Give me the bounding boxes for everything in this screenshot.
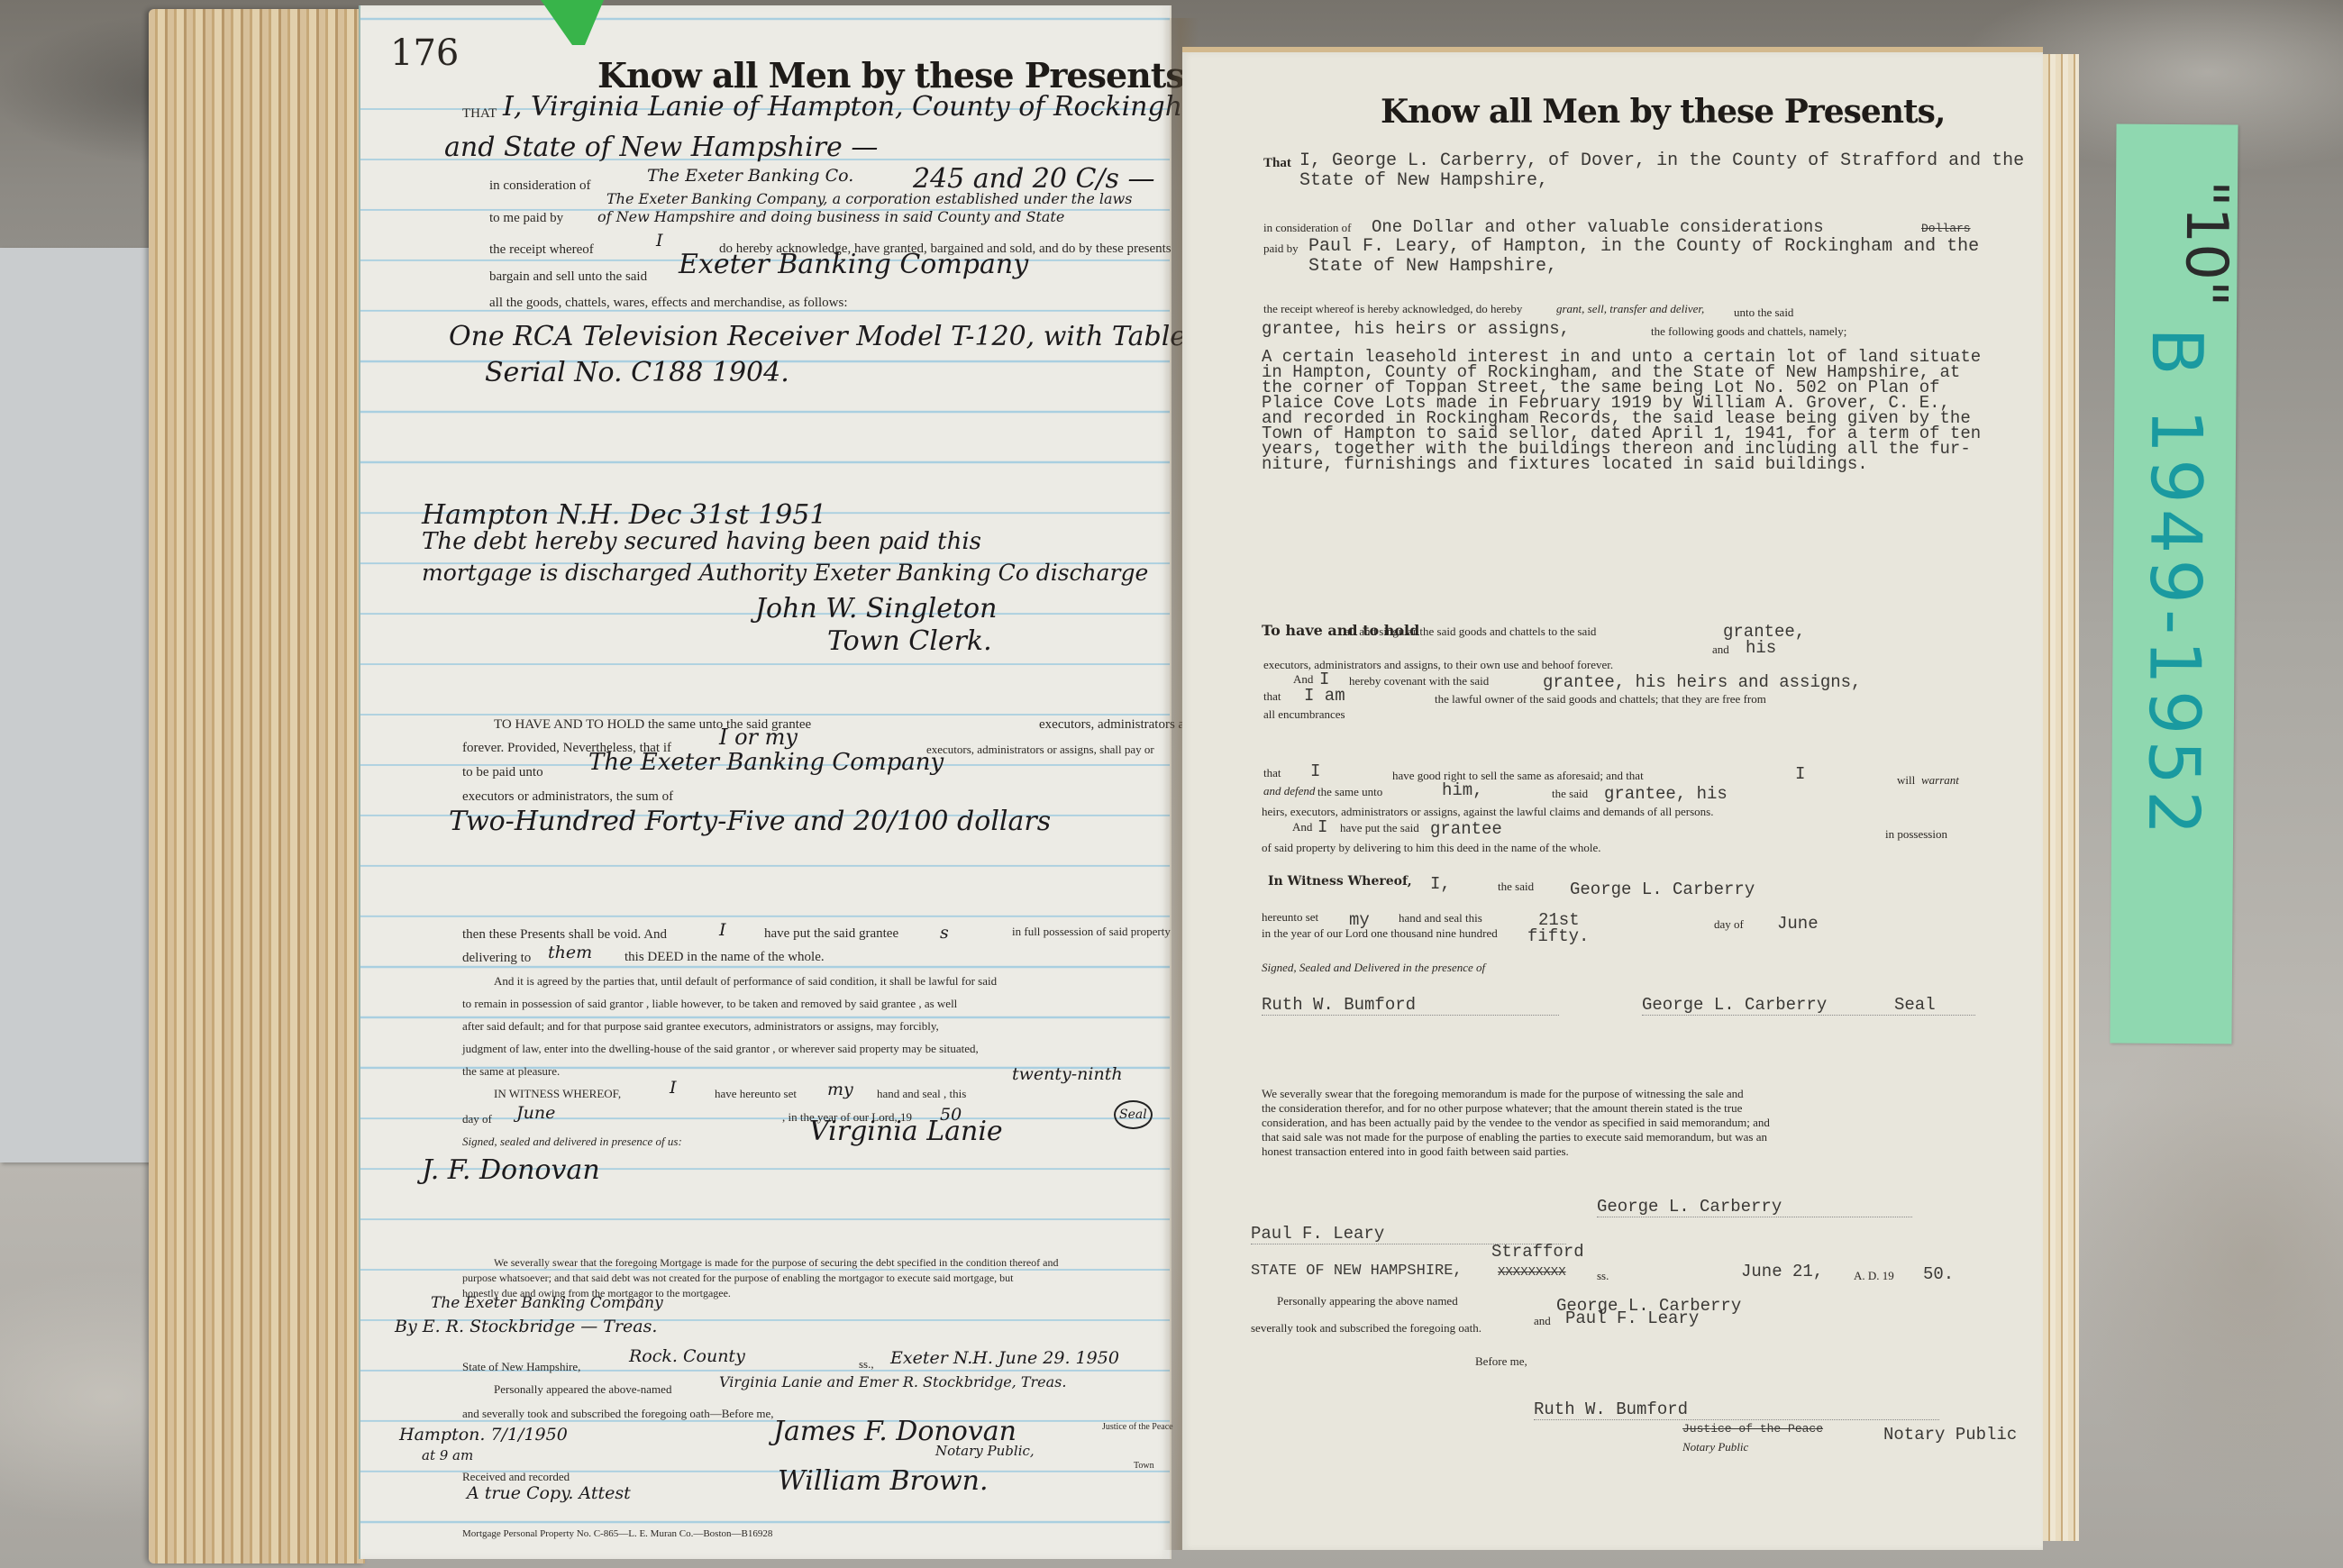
label-town: Town: [1134, 1461, 1154, 1471]
label-defend-text: the same unto: [1317, 785, 1382, 799]
label-that: THAT: [462, 106, 497, 122]
label-covenant: hereby covenant with the said: [1349, 674, 1489, 688]
label-lawful-owner: the lawful owner of the said goods and c…: [1435, 692, 1766, 707]
hw-seal: Seal: [1114, 1100, 1153, 1129]
typed-witness-signature: Ruth W. Bumford: [1262, 995, 1559, 1016]
typed-description: A certain leasehold interest in and unto…: [1262, 350, 1981, 472]
label-personally: Personally appearing the above named: [1277, 1294, 1458, 1308]
hw-paid-by-2: of New Hampshire and doing business in s…: [597, 208, 1064, 225]
label-receipt-end: unto the said: [1734, 305, 1793, 320]
hw-paid-by-1: The Exeter Banking Company, a corporatio…: [606, 190, 1132, 207]
label-ss: ss.,: [859, 1357, 874, 1372]
label-ss: ss.: [1597, 1269, 1609, 1283]
hw-notary: Notary Public,: [935, 1443, 1035, 1459]
label-after-default: after said default; and for that purpose…: [462, 1019, 939, 1034]
label-that: That: [1263, 156, 1291, 171]
hw-recorded-place: Hampton. 7/1/1950: [399, 1425, 568, 1445]
label-the-said: the said: [1552, 787, 1588, 801]
label-delivering: of said property by delivering to him th…: [1262, 841, 1601, 855]
label-the-said-2: the said: [1498, 880, 1534, 894]
typed-consideration: One Dollar and other valuable considerat…: [1372, 217, 1824, 237]
label-hereunto: hereunto set: [1262, 910, 1318, 925]
label-witness: IN WITNESS WHEREOF,: [494, 1087, 621, 1101]
hw-grantor-2: and State of New Hampshire —: [444, 132, 878, 163]
label-delivering-end: this DEED in the name of the whole.: [624, 950, 825, 965]
label-notary-title: Notary Public: [1682, 1440, 1748, 1454]
hw-company-short: The Exeter Banking Co.: [647, 166, 853, 186]
label-ad: A. D. 19: [1854, 1269, 1894, 1283]
label-agreed: And it is agreed by the parties that, un…: [494, 974, 997, 989]
hw-recorded-time: at 9 am: [422, 1447, 473, 1463]
label-void-mid: have put the said grantee: [764, 926, 898, 942]
label-signed: Signed, Sealed and Delivered in the pres…: [1262, 961, 1485, 975]
label-in-possession: in possession: [1885, 827, 1947, 842]
page-edge-stack: [149, 9, 365, 1563]
page-number: 176: [390, 32, 459, 74]
label-good-right: have good right to sell the same as afor…: [1392, 769, 1644, 783]
hw-witness-i: I: [670, 1078, 677, 1098]
label-receipt: the receipt whereof: [489, 242, 594, 258]
hw-discharge-1: Hampton N.H. Dec 31st 1951: [422, 499, 826, 531]
label-witness-mid: have hereunto set: [715, 1087, 797, 1101]
label-put-and: And: [1292, 820, 1312, 834]
label-witness-heading: In Witness Whereof,: [1268, 874, 1412, 889]
hw-if-clause: I or my: [719, 725, 798, 750]
typed-grantee-line: grantee, his heirs or assigns,: [1262, 319, 1570, 339]
page-heading: Know all Men by these Presents,: [1381, 93, 1945, 131]
hw-discharge-2: The debt hereby secured having been paid…: [422, 528, 981, 555]
label-encumbrances: all encumbrances: [1263, 707, 1345, 722]
hw-clerk-signature: William Brown.: [778, 1465, 989, 1497]
label-that: that: [1263, 689, 1281, 704]
label-heirs: heirs, executors, administrators or assi…: [1262, 805, 1713, 819]
typed-that-i-2: I: [1795, 764, 1805, 784]
typed-paid-by: Paul F. Leary, of Hampton, in the County…: [1308, 237, 1979, 277]
label-to-have: all and singular the said goods and chat…: [1345, 624, 1596, 639]
hw-paid-unto: The Exeter Banking Company: [588, 749, 944, 776]
label-forever-end: executors, administrators or assigns, sh…: [926, 743, 1154, 757]
hw-witness-signature: J. F. Donovan: [422, 1154, 600, 1186]
hw-place-date: Exeter N.H. June 29. 1950: [890, 1348, 1119, 1368]
typed-put-i: I: [1317, 817, 1327, 837]
hw-company-sig-2: By E. R. Stockbridge — Treas.: [395, 1317, 657, 1336]
hw-discharge-title: Town Clerk.: [827, 625, 992, 657]
label-day-of: day of: [1714, 917, 1744, 932]
label-swear-1: We severally swear that the foregoing Mo…: [494, 1256, 1059, 1270]
margin-line: [359, 5, 360, 1559]
label-state-nh: State of New Hampshire,: [462, 1360, 580, 1374]
label-executors: executors, administrators and assigns, t…: [1263, 658, 1613, 672]
oath-paragraph: We severally swear that the foregoing me…: [1262, 1087, 1770, 1159]
label-void-end: in full possession of said property: [1012, 925, 1171, 939]
typed-witness-name: George L. Carberry: [1570, 880, 1755, 899]
hw-void-s: s: [940, 923, 949, 943]
typed-year-word: fifty.: [1527, 926, 1589, 946]
typed-covenant-grantee: grantee, his heirs and assigns,: [1543, 672, 1861, 692]
typed-state-line: STATE OF NEW HAMPSHIRE,: [1251, 1263, 1463, 1280]
typed-year: 50.: [1923, 1264, 1954, 1284]
label-oath: and severally took and subscribed the fo…: [462, 1407, 773, 1421]
label-personally: Personally appeared the above-named: [494, 1382, 671, 1397]
label-in-consideration: in consideration of: [489, 178, 590, 194]
typed-month: June: [1777, 914, 1819, 934]
typed-grantor: I, George L. Carberry, of Dover, in the …: [1299, 151, 2024, 191]
label-signed-presence: Signed, sealed and delivered in presence…: [462, 1135, 682, 1149]
hw-company-sig-1: The Exeter Banking Company: [431, 1294, 663, 1312]
typed-date: June 21,: [1741, 1262, 1823, 1281]
hw-attest: A true Copy. Attest: [467, 1483, 631, 1503]
label-bargain-sell: bargain and sell unto the said: [489, 269, 647, 285]
label-delivering: delivering to: [462, 951, 531, 966]
typed-notary-signature: Ruth W. Bumford: [1534, 1399, 1939, 1420]
hw-grantee: Exeter Banking Company: [679, 249, 1028, 280]
page-heading: Know all Men by these Presents.: [597, 55, 1195, 96]
typed-appearer-2: Paul F. Leary: [1565, 1308, 1699, 1328]
typed-said-grantee: grantee, his: [1604, 784, 1728, 804]
label-goods: all the goods, chattels, wares, effects …: [489, 296, 848, 311]
right-page-edges: [2043, 54, 2079, 1541]
label-paid-unto: to be paid unto: [462, 765, 543, 780]
label-year-text: in the year of our Lord one thousand nin…: [1262, 926, 1498, 941]
label-and-2: and: [1534, 1314, 1551, 1328]
label-and: and: [1712, 643, 1729, 657]
label-that-2: that: [1263, 766, 1281, 780]
hw-county: Rock. County: [629, 1346, 745, 1366]
label-void: then these Presents shall be void. And: [462, 927, 667, 943]
right-page-bill-of-sale: Know all Men by these Presents, That I, …: [1182, 47, 2043, 1550]
typed-him: him,: [1442, 780, 1483, 800]
left-page-mortgage: 176 Know all Men by these Presents. THAT…: [359, 5, 1171, 1559]
struck-title: Justice of the Peace: [1682, 1422, 1823, 1436]
hw-month: June: [516, 1103, 555, 1123]
typed-i-am: I am: [1304, 686, 1345, 706]
label-will: will: [1897, 773, 1915, 788]
typed-witness-i: I,: [1430, 874, 1451, 894]
struck-county: XXXXXXXXX: [1498, 1265, 1566, 1280]
label-took-oath: severally took and subscribed the forego…: [1251, 1321, 1481, 1336]
tab-label: B 1949-1952: [2132, 327, 2217, 841]
hw-item-1: One RCA Television Receiver Model T-120,…: [449, 321, 1186, 352]
label-received: Received and recorded: [462, 1470, 570, 1484]
label-paid-by: paid by: [1263, 242, 1299, 256]
hw-sum: Two-Hundred Forty-Five and 20/100 dollar…: [449, 806, 1051, 837]
label-judgment: judgment of law, enter into the dwelling…: [462, 1042, 979, 1056]
label-goods: the following goods and chattels, namely…: [1651, 324, 1846, 339]
label-sum-of: executors or administrators, the sum of: [462, 789, 673, 805]
typed-that-i: I: [1310, 761, 1320, 781]
label-receipt-italic: grant, sell, transfer and deliver,: [1556, 302, 1704, 316]
label-defend: and defend: [1263, 784, 1315, 798]
hw-grantor-1: I, Virginia Lanie of Hampton, County of …: [503, 91, 1224, 123]
label-swear-2: purpose whatsoever; and that said debt w…: [462, 1272, 1013, 1285]
hw-appeared: Virginia Lanie and Emer R. Stockbridge, …: [719, 1373, 1066, 1390]
hw-void-i: I: [719, 920, 726, 940]
label-hand-seal: hand and seal this: [1399, 911, 1482, 925]
hw-discharge-signature: John W. Singleton: [755, 593, 997, 624]
label-witness-hand: hand and seal , this: [877, 1087, 966, 1101]
hw-discharge-3: mortgage is discharged Authority Exeter …: [422, 560, 1148, 586]
hw-witness-my: my: [827, 1080, 853, 1099]
typed-oath-signature-1: George L. Carberry: [1597, 1197, 1912, 1217]
label-day-of: day of: [462, 1112, 492, 1126]
struck-dollars: Dollars: [1921, 222, 1971, 235]
label-in-consideration: in consideration of: [1263, 221, 1351, 235]
green-index-tab: "10" B 1949-1952: [2110, 124, 2238, 1044]
label-put: have put the said: [1340, 821, 1419, 835]
label-before-me: Before me,: [1475, 1354, 1527, 1369]
label-pleasure: the same at pleasure.: [462, 1064, 560, 1079]
typed-notary-title: Notary Public: [1883, 1425, 2017, 1445]
hw-day-ordinal: twenty-ninth: [1012, 1064, 1123, 1084]
typed-county: Strafford: [1491, 1242, 1584, 1262]
label-receipt: the receipt whereof is hereby acknowledg…: [1263, 302, 1522, 316]
label-to-me-paid-by: to me paid by: [489, 211, 563, 226]
form-footer: Mortgage Personal Property No. C-865—L. …: [462, 1528, 772, 1539]
label-covenant-and: And: [1293, 672, 1313, 687]
hw-receipt-mark: I: [656, 231, 663, 251]
hw-item-2: Serial No. C188 1904.: [485, 357, 789, 388]
hw-them: them: [548, 943, 592, 962]
typed-seal: Seal: [1894, 995, 1936, 1015]
hw-grantor-signature: Virginia Lanie: [809, 1116, 1003, 1147]
typed-his: his: [1746, 638, 1776, 658]
label-remain: to remain in possession of said grantor …: [462, 997, 957, 1011]
label-warrant: warrant: [1921, 773, 1959, 788]
typed-put-grantee: grantee: [1430, 819, 1502, 839]
tab-mark: "10": [2172, 180, 2239, 307]
